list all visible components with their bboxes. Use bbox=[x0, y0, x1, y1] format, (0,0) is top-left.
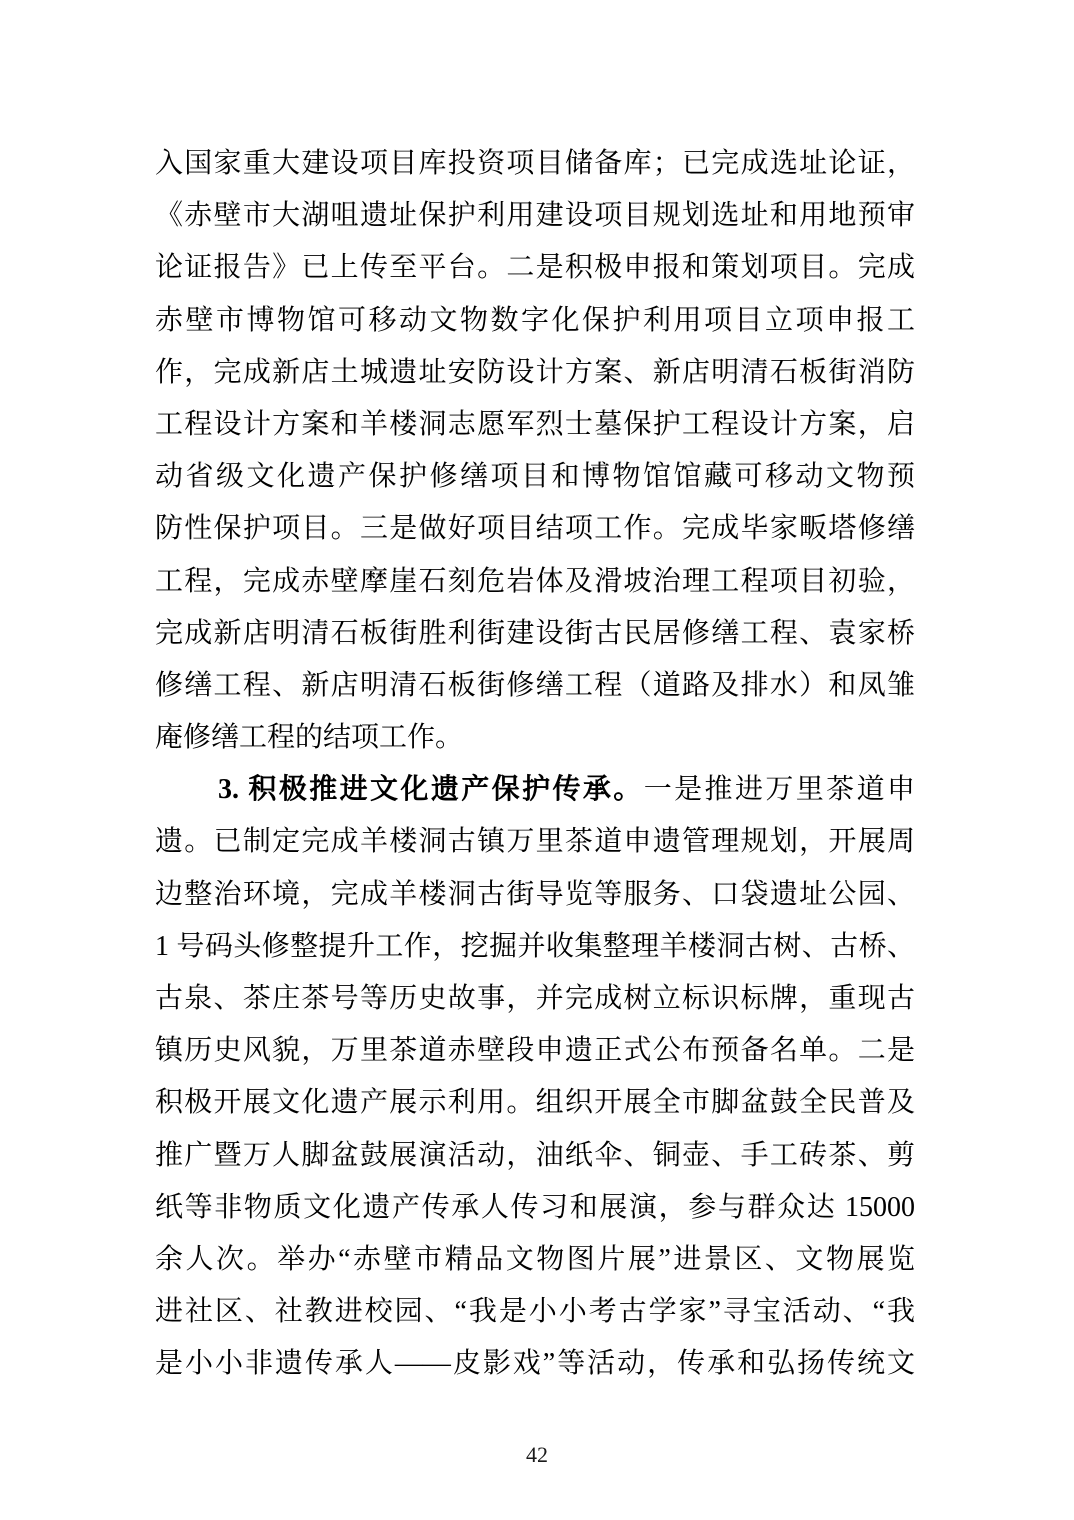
text-segment: 庵修缮工程的结项工作。 bbox=[155, 722, 463, 753]
text-segment: 纸等非物质文化遗产传承人传习和展演，参与群众达 15000 bbox=[155, 1192, 915, 1223]
text-line: 积极开展文化遗产展示利用。组织开展全市脚盆鼓全民普及 bbox=[155, 1077, 915, 1129]
text-line: 《赤壁市大湖咀遗址保护利用建设项目规划选址和用地预审 bbox=[155, 190, 915, 242]
text-line: 1 号码头修整提升工作，挖掘并收集整理羊楼洞古树、古桥、 bbox=[155, 921, 915, 973]
text-line: 完成新店明清石板街胜利街建设街古民居修缮工程、袁家桥 bbox=[155, 608, 915, 660]
text-segment: 边整治环境，完成羊楼洞古街导览等服务、口袋遗址公园、 bbox=[155, 879, 915, 910]
text-line: 推广暨万人脚盆鼓展演活动，油纸伞、铜壶、手工砖茶、剪 bbox=[155, 1130, 915, 1182]
text-segment: 入国家重大建设项目库投资项目储备库；已完成选址论证， bbox=[155, 148, 915, 179]
text-line: 工程，完成赤壁摩崖石刻危岩体及滑坡治理工程项目初验， bbox=[155, 556, 915, 608]
text-line: 余人次。举办“赤壁市精品文物图片展”进景区、文物展览 bbox=[155, 1234, 915, 1286]
text-segment: 推广暨万人脚盆鼓展演活动，油纸伞、铜壶、手工砖茶、剪 bbox=[155, 1140, 915, 1171]
text-line: 镇历史风貌，万里茶道赤壁段申遗正式公布预备名单。二是 bbox=[155, 1025, 915, 1077]
text-segment: 防性保护项目。三是做好项目结项工作。完成毕家畈塔修缮 bbox=[155, 513, 915, 544]
text-line: 赤壁市博物馆可移动文物数字化保护利用项目立项申报工 bbox=[155, 295, 915, 347]
text-segment: 论证报告》已上传至平台。二是积极申报和策划项目。完成 bbox=[155, 252, 915, 283]
text-segment: 《赤壁市大湖咀遗址保护利用建设项目规划选址和用地预审 bbox=[155, 200, 915, 231]
text-line: 进社区、社教进校园、“我是小小考古学家”寻宝活动、“我 bbox=[155, 1286, 915, 1338]
text-segment: 赤壁市博物馆可移动文物数字化保护利用项目立项申报工 bbox=[155, 305, 915, 336]
text-line: 工程设计方案和羊楼洞志愿军烈士墓保护工程设计方案，启 bbox=[155, 399, 915, 451]
document-body: 入国家重大建设项目库投资项目储备库；已完成选址论证，《赤壁市大湖咀遗址保护利用建… bbox=[155, 138, 915, 1391]
text-line: 防性保护项目。三是做好项目结项工作。完成毕家畈塔修缮 bbox=[155, 503, 915, 555]
text-segment: 修缮工程、新店明清石板街修缮工程（道路及排水）和凤雏 bbox=[155, 670, 915, 701]
page-number: 42 bbox=[0, 1442, 1074, 1468]
text-line: 是小小非遗传承人——皮影戏”等活动，传承和弘扬传统文 bbox=[155, 1338, 915, 1390]
text-line: 边整治环境，完成羊楼洞古街导览等服务、口袋遗址公园、 bbox=[155, 869, 915, 921]
text-segment: 一是推进万里茶道申 bbox=[644, 774, 915, 805]
text-segment: 是小小非遗传承人——皮影戏”等活动，传承和弘扬传统文 bbox=[155, 1348, 915, 1379]
text-line: 修缮工程、新店明清石板街修缮工程（道路及排水）和凤雏 bbox=[155, 660, 915, 712]
text-line: 遗。已制定完成羊楼洞古镇万里茶道申遗管理规划，开展周 bbox=[155, 816, 915, 868]
text-segment: 镇历史风貌，万里茶道赤壁段申遗正式公布预备名单。二是 bbox=[155, 1035, 915, 1066]
heading-text-segment: 3. 积极推进文化遗产保护传承。 bbox=[218, 774, 644, 805]
text-segment: 古泉、茶庄茶号等历史故事，并完成树立标识标牌，重现古 bbox=[155, 983, 915, 1014]
text-line: 纸等非物质文化遗产传承人传习和展演，参与群众达 15000 bbox=[155, 1182, 915, 1234]
text-segment: 1 号码头修整提升工作，挖掘并收集整理羊楼洞古树、古桥、 bbox=[155, 931, 915, 962]
text-segment: 进社区、社教进校园、“我是小小考古学家”寻宝活动、“我 bbox=[155, 1296, 915, 1327]
text-segment: 积极开展文化遗产展示利用。组织开展全市脚盆鼓全民普及 bbox=[155, 1087, 915, 1118]
text-line: 动省级文化遗产保护修缮项目和博物馆馆藏可移动文物预 bbox=[155, 451, 915, 503]
text-line: 论证报告》已上传至平台。二是积极申报和策划项目。完成 bbox=[155, 242, 915, 294]
text-line: 作，完成新店土城遗址安防设计方案、新店明清石板街消防 bbox=[155, 347, 915, 399]
text-segment: 余人次。举办“赤壁市精品文物图片展”进景区、文物展览 bbox=[155, 1244, 915, 1275]
text-segment: 遗。已制定完成羊楼洞古镇万里茶道申遗管理规划，开展周 bbox=[155, 826, 915, 857]
text-line: 古泉、茶庄茶号等历史故事，并完成树立标识标牌，重现古 bbox=[155, 973, 915, 1025]
text-line: 3. 积极推进文化遗产保护传承。一是推进万里茶道申 bbox=[155, 764, 915, 816]
text-line: 庵修缮工程的结项工作。 bbox=[155, 712, 915, 764]
text-segment: 工程设计方案和羊楼洞志愿军烈士墓保护工程设计方案，启 bbox=[155, 409, 915, 440]
text-segment: 动省级文化遗产保护修缮项目和博物馆馆藏可移动文物预 bbox=[155, 461, 915, 492]
document-page: 入国家重大建设项目库投资项目储备库；已完成选址论证，《赤壁市大湖咀遗址保护利用建… bbox=[0, 0, 1074, 1520]
text-segment: 工程，完成赤壁摩崖石刻危岩体及滑坡治理工程项目初验， bbox=[155, 566, 915, 597]
text-segment: 完成新店明清石板街胜利街建设街古民居修缮工程、袁家桥 bbox=[155, 618, 915, 649]
text-line: 入国家重大建设项目库投资项目储备库；已完成选址论证， bbox=[155, 138, 915, 190]
text-segment: 作，完成新店土城遗址安防设计方案、新店明清石板街消防 bbox=[155, 357, 915, 388]
